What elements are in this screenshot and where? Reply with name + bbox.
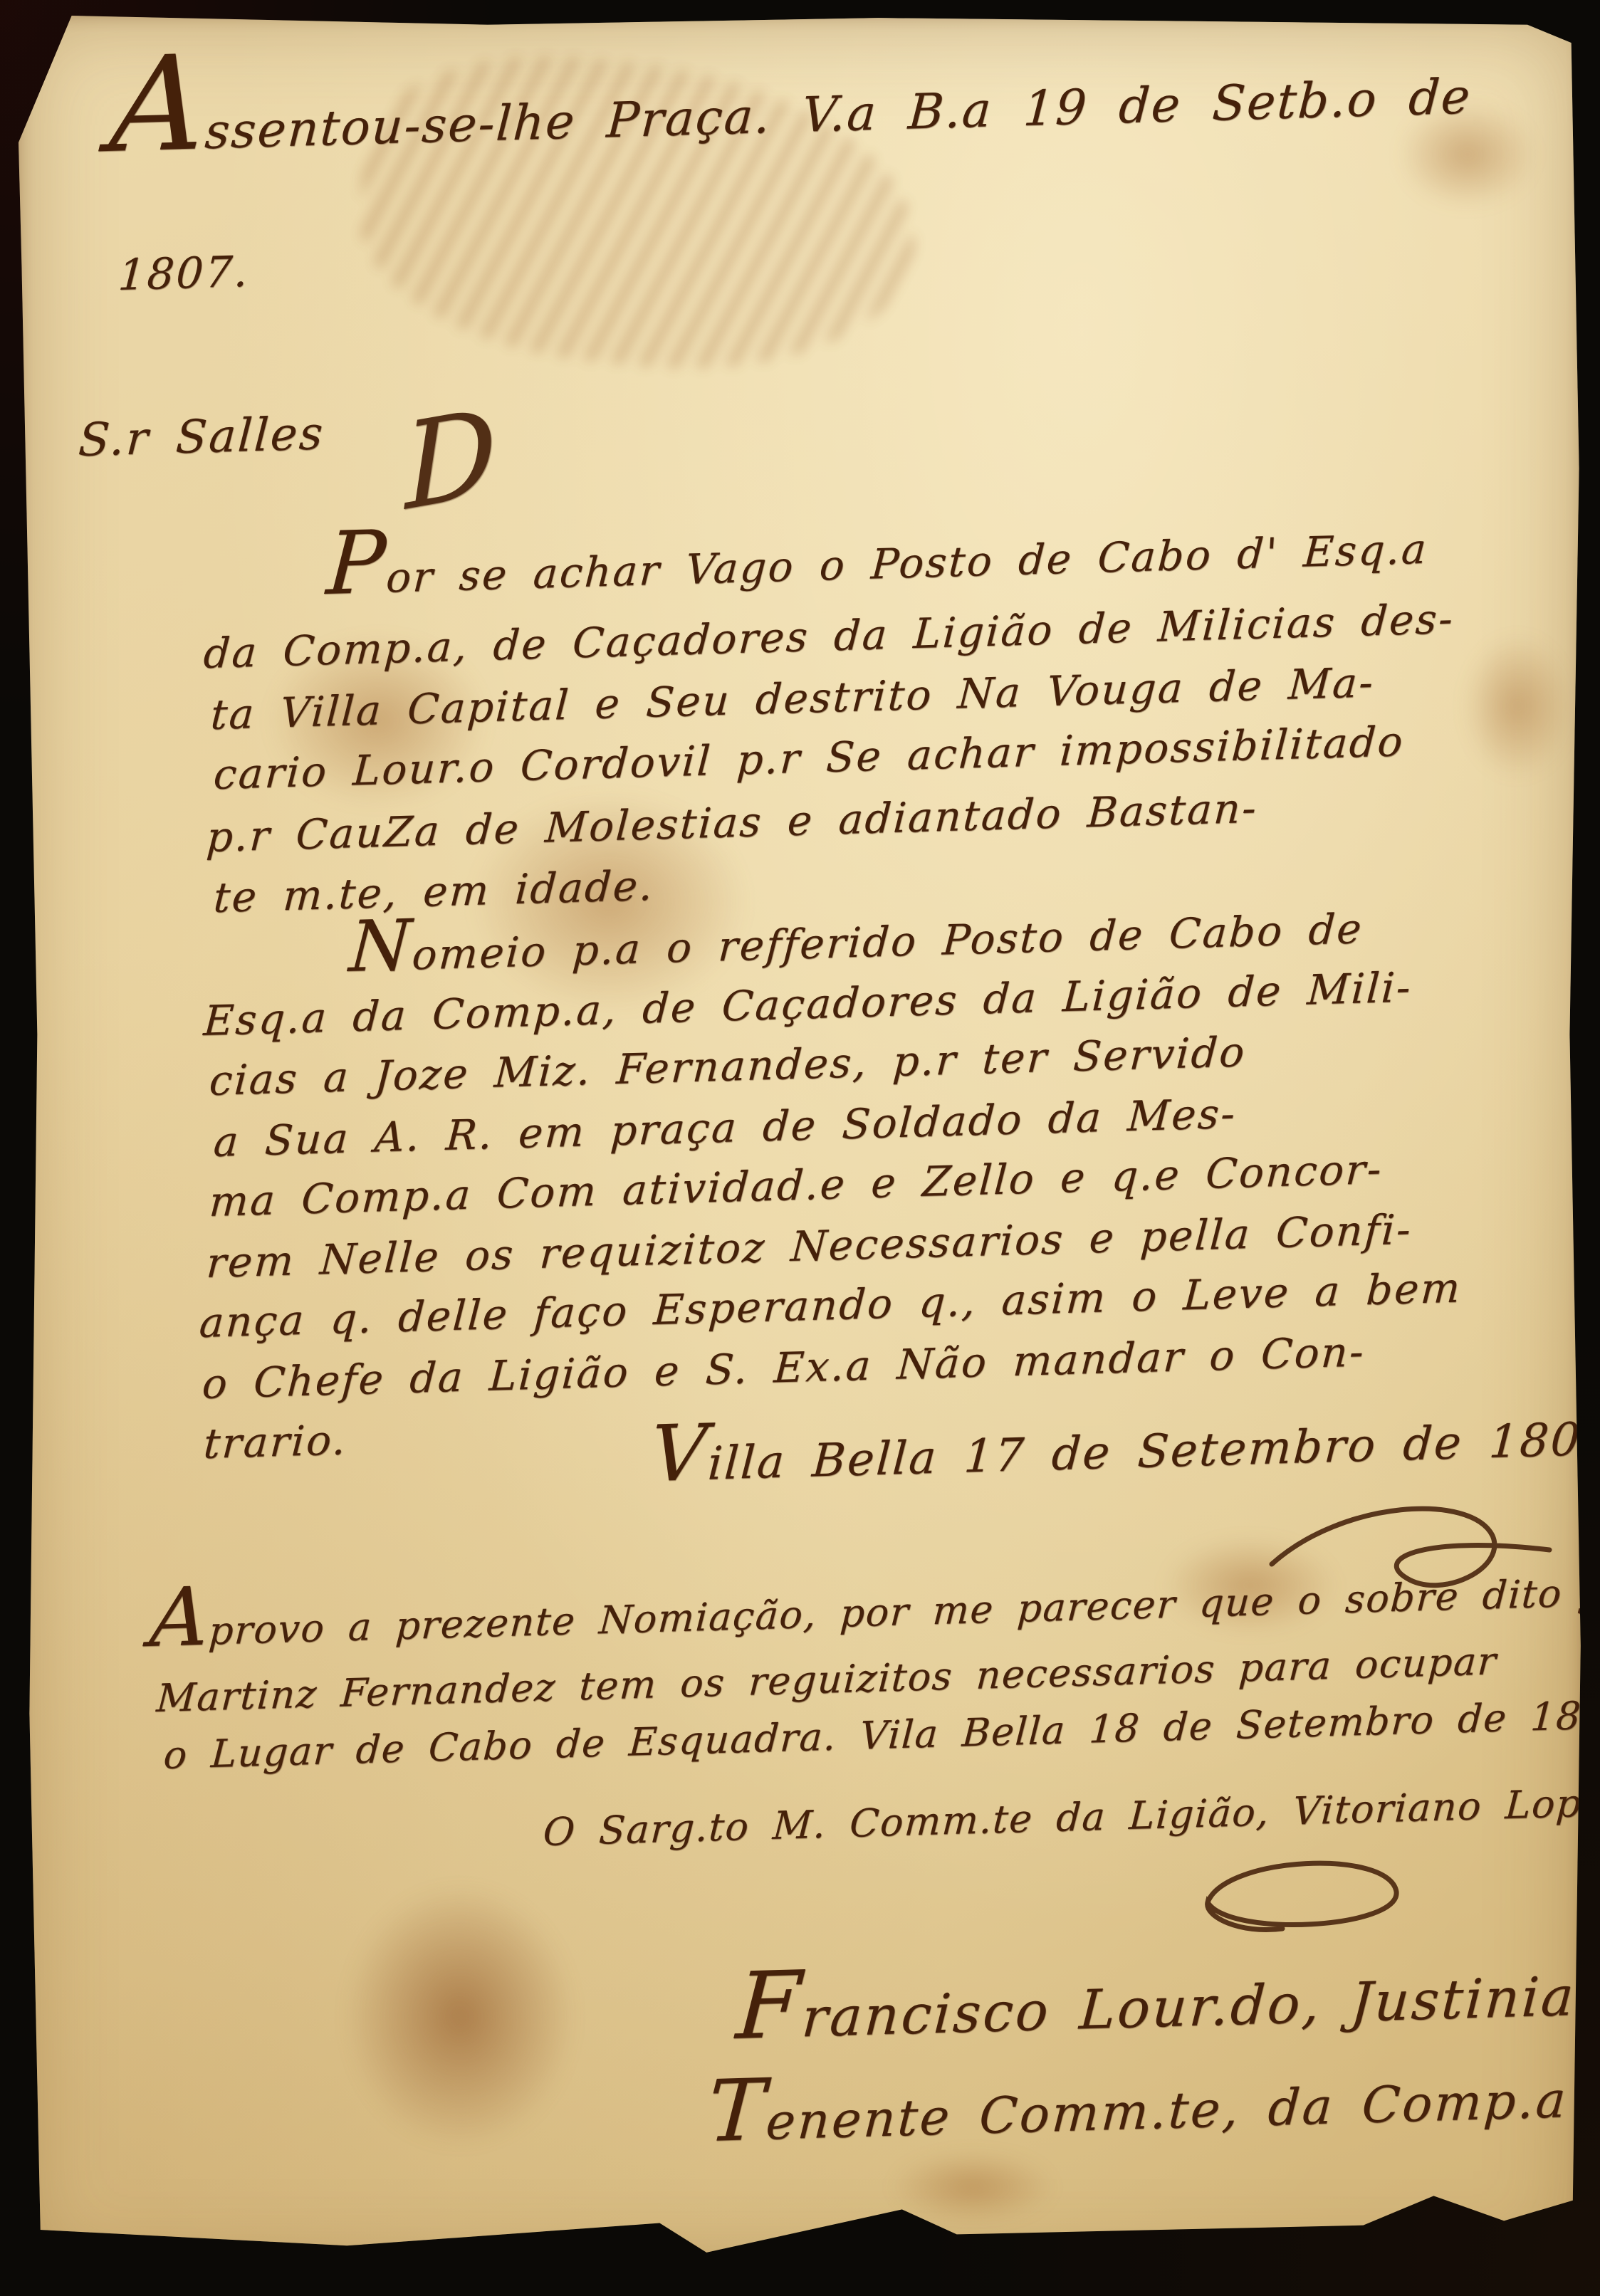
signature-title: Tenente Comm.te, da Comp.a <box>706 2070 1569 2153</box>
dateline: Villa Bella 17 de Setembro de 1807 <box>649 1412 1600 1492</box>
ornament-initial: D <box>402 382 501 537</box>
manuscript-line: Por se achar Vago o Posto de Cabo d' Esq… <box>325 525 1429 604</box>
manuscript-line: trario. <box>202 1415 349 1468</box>
docket-year: 1807. <box>117 247 251 300</box>
photo-background: { "colors": { "background": "#0b0906", "… <box>0 0 1600 2296</box>
manuscript-line: p.r CauZa de Molestias e adiantado Basta… <box>205 784 1259 861</box>
stain-right-edge <box>1443 607 1592 806</box>
officer-line: O Sarg.to M. Comm.te da Ligião, Vitorian… <box>542 1773 1600 1855</box>
officer-paraph-flourish <box>1197 1849 1411 1941</box>
addressee: S.r Salles <box>77 407 326 467</box>
stain-bottom-center <box>859 2137 1087 2237</box>
signature-name: Francisco Lour.do, Justiniano <box>734 1962 1600 2051</box>
manuscript-paper: Assentou-se-lhe Praça. V.a B.a 19 de Set… <box>19 16 1582 2280</box>
manuscript-line: te m.te, em idade. <box>212 861 656 922</box>
docket-line: Assentou-se-lhe Praça. V.a B.a 19 de Set… <box>108 68 1473 163</box>
stain-bottom-left <box>303 1838 617 2194</box>
